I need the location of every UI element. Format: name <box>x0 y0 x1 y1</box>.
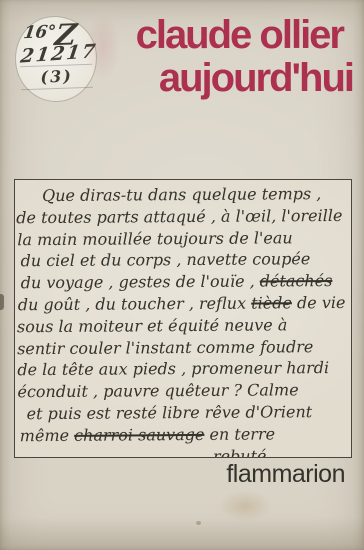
manuscript-line: éconduit , pauvre quêteur ? Calme <box>17 379 352 403</box>
manuscript-words: sentir couler l'instant comme foudre <box>17 337 313 358</box>
manuscript-words: Que diras-tu dans quelque temps , <box>42 184 321 205</box>
manuscript-line: de toutes parts attaqué , à l'œil, l'ore… <box>16 205 352 229</box>
manuscript-line: même charroi sauvage en terre <box>18 423 352 447</box>
manuscript-struck-words: charroi sauvage <box>74 425 204 445</box>
copy-number: (3) <box>16 66 97 88</box>
publisher-wordmark: flammarion <box>226 461 345 487</box>
manuscript-words: et puis est resté libre rêve d'Orient <box>27 402 313 423</box>
manuscript-line: du ciel et du corps , navette coupée <box>16 248 352 272</box>
shelfmark-prefix: 16° <box>22 22 57 43</box>
sticker-rule-line <box>21 87 93 91</box>
edge-mark <box>0 294 4 310</box>
manuscript-handwritten-text: Que diras-tu dans quelque temps ,de tout… <box>16 183 352 458</box>
manuscript-line: la main mouillée toujours de l'eau <box>16 226 352 250</box>
book-title: claude ollier aujourd'hui <box>136 14 353 100</box>
book-cover: 16°Z 21217 (3) claude ollier aujourd'hui… <box>0 0 364 550</box>
manuscript-line: sentir couler l'instant comme foudre <box>17 335 352 359</box>
manuscript-words: en terre <box>204 424 275 443</box>
manuscript-line: et puis est resté libre rêve d'Orient <box>18 401 352 425</box>
manuscript-words: de vie <box>292 293 346 312</box>
manuscript-line: de la tête aux pieds , promeneur hardi <box>17 357 352 381</box>
manuscript-words: de toutes parts attaqué , à l'œil, l'ore… <box>16 206 342 227</box>
ageing-speck <box>196 521 201 525</box>
manuscript-words: la main mouillée toujours de l'eau <box>17 228 292 249</box>
library-call-number-sticker: 16°Z 21217 (3) <box>14 15 99 104</box>
manuscript-struck-words: détachés <box>260 271 333 291</box>
manuscript-words: même <box>20 426 75 445</box>
manuscript-words: éconduit , pauvre quêteur ? Calme <box>17 380 298 401</box>
manuscript-line: du voyage , gestes de l'ouïe , détachés <box>17 270 352 294</box>
manuscript-words: rebuté <box>213 446 267 458</box>
ageing-stain <box>218 490 272 522</box>
manuscript-words: du goût , du toucher , reflux <box>18 294 251 315</box>
manuscript-line: du goût , du toucher , reflux tiède de v… <box>17 292 352 316</box>
manuscript-line: Que diras-tu dans quelque temps , <box>16 183 352 207</box>
manuscript-struck-words: tiède <box>251 293 292 312</box>
manuscript-words: de la tête aux pieds , promeneur hardi <box>17 358 329 379</box>
title-author-line: claude ollier <box>136 14 353 57</box>
manuscript-words: du voyage , gestes de l'ouïe , <box>21 272 260 293</box>
manuscript-facsimile-panel: Que diras-tu dans quelque temps ,de tout… <box>14 179 352 458</box>
manuscript-words: du ciel et du corps , navette coupée <box>20 250 310 271</box>
title-word-line: aujourd'hui <box>136 57 353 100</box>
manuscript-line: sous la moiteur et équité neuve à <box>17 314 352 338</box>
manuscript-words: sous la moiteur et équité neuve à <box>17 315 287 336</box>
